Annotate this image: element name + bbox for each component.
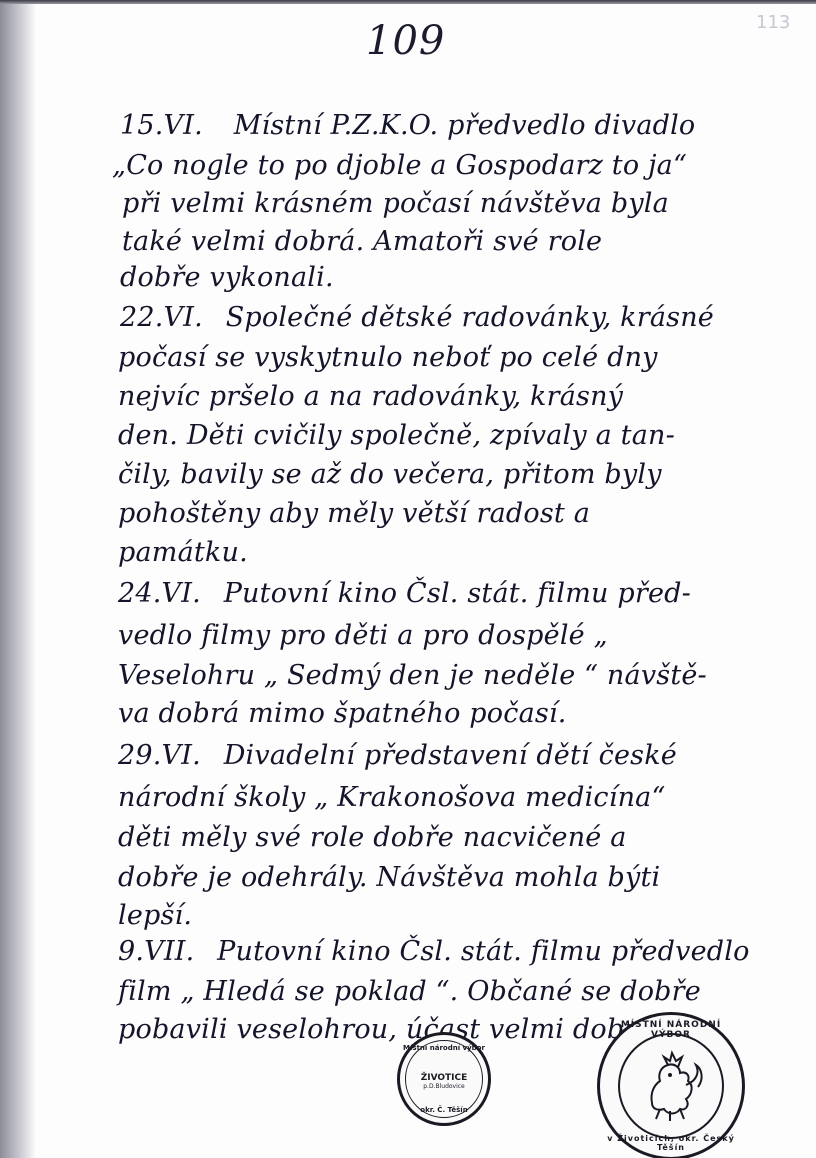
page-number: 109 [366,18,445,64]
entry-line: 29.VI. Divadelní představení dětí české [118,740,677,771]
entry-line: 15.VI. Místní P.Z.K.O. předvedlo divadlo [120,110,695,141]
lion-icon [630,1045,712,1127]
stamp-district: okr. Č. Těšín [420,1106,467,1114]
entry-text: Putovní kino Čsl. stát. filmu předvedlo [217,936,749,967]
entry-date: 24.VI. [118,578,201,609]
entry-line: film „ Hledá se poklad “. Občané se dobř… [118,976,701,1007]
entry-line: vedlo filmy pro děti a pro dospělé „ [118,620,608,651]
chronicle-page: 109 113 15.VI. Místní P.Z.K.O. předvedlo… [0,0,816,1158]
entry-line: 22.VI. Společné dětské radovánky, krásné [120,302,714,333]
entry-line: lepší. [118,900,192,931]
entry-date: 15.VI. [120,110,203,141]
entry-line: dobře je odehrály. Návštěva mohla býti [118,862,660,893]
entry-line: děti měly své role dobře nacvičené a [118,822,627,853]
entry-line: va dobrá mimo špatného počasí. [118,698,567,729]
entry-line: 9.VII. Putovní kino Čsl. stát. filmu pře… [118,936,750,967]
entry-line: národní školy „ Krakonošova medicína“ [118,782,665,813]
entry-line: den. Děti cvičily společně, zpívaly a ta… [118,420,675,451]
entry-line: Veselohru „ Sedmý den je neděle “ návště… [118,660,707,691]
entry-text: Společné dětské radovánky, krásné [226,302,714,333]
official-stamp-large: MÍSTNÍ NÁRODNÍ VÝBOR v Životicích, okr. … [597,1012,745,1158]
entry-line: nejvíc pršelo a na radovánky, krásný [118,381,623,412]
entry-line: „Co nogle to po djoble a Gospodarz to ja… [112,150,687,181]
entry-text: Místní P.Z.K.O. předvedlo divadlo [234,110,696,141]
stamp-ring-top: MÍSTNÍ NÁRODNÍ VÝBOR [600,1020,742,1040]
entry-line: také velmi dobrá. Amatoři své role [122,226,602,257]
entry-date: 29.VI. [118,740,201,771]
stamp-ring-bottom: v Životicích, okr. Český Těšín [600,1134,742,1152]
entry-line: pobavili veselohrou, účast velmi dobrá. [118,1014,663,1045]
entry-line: památku. [118,537,248,568]
stamp-ring-text: Místní národní výbor [403,1044,485,1052]
entry-line: dobře vykonali. [120,262,334,293]
entry-text: Divadelní představení dětí české [224,740,677,771]
entry-date: 22.VI. [120,302,203,333]
entry-line: 24.VI. Putovní kino Čsl. stát. filmu pře… [118,578,691,609]
official-stamp-small: Místní národní výbor ŽIVOTICE p.D.Bludov… [397,1032,491,1126]
entry-line: při velmi krásném počasí návštěva byla [122,188,669,219]
binding-shadow [0,0,36,1158]
scan-top-edge [0,0,816,4]
entry-date: 9.VII. [118,936,194,967]
entry-line: pohoštěny aby měly větší radost a [118,498,590,529]
entry-text: Putovní kino Čsl. stát. filmu před- [224,578,691,609]
entry-line: čily, bavily se až do večera, přitom byl… [118,459,662,490]
archive-number: 113 [756,12,790,33]
entry-line: počasí se vyskytnulo neboť po celé dny [118,342,658,373]
